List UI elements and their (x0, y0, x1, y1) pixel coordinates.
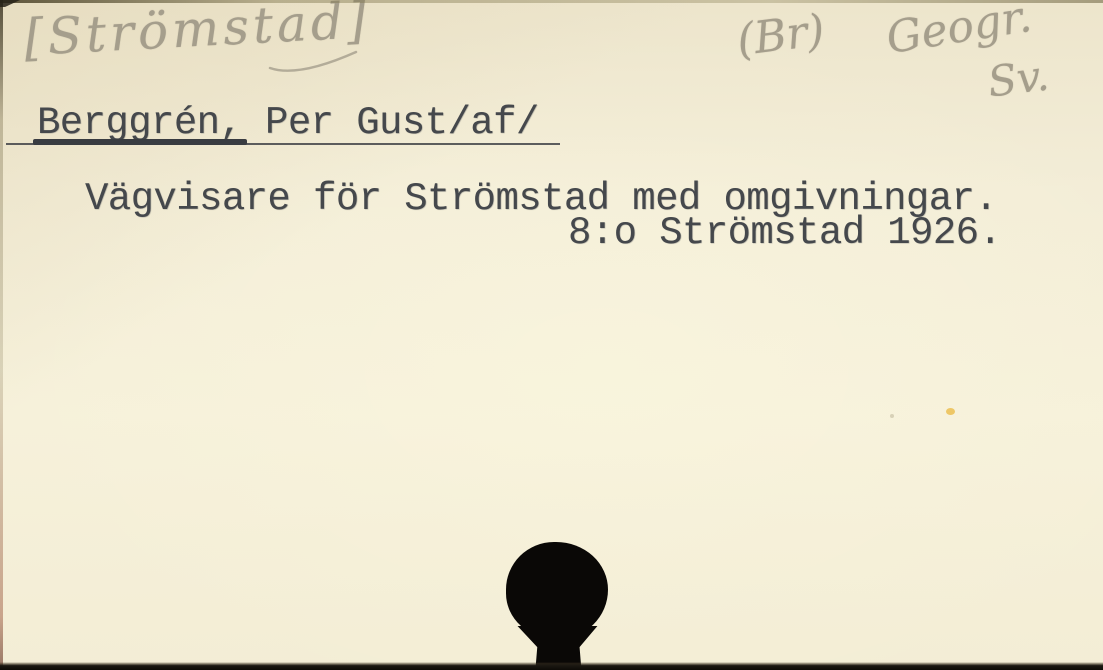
catalog-card-scan: [Strömstad] (Br) Geogr. Sv. Berggrén, Pe… (0, 0, 1103, 670)
scan-edge-bottom (0, 662, 1103, 670)
author-heading: Berggrén, Per Gust/af/ (37, 104, 539, 143)
handwritten-classification-line1: Geogr. (883, 0, 1034, 61)
author-underline-thick (33, 139, 247, 145)
scan-corner-top-left (0, 0, 20, 7)
paper-speck-faint (890, 414, 894, 418)
rod-hole-punch (506, 542, 608, 639)
paper-stain-speck (946, 408, 955, 415)
handwriting-flourish-underline (268, 48, 360, 76)
handwritten-classification-line2: Sv. (986, 54, 1052, 103)
imprint-line: 8:o Strömstad 1926. (568, 214, 1001, 253)
scan-edge-left (0, 0, 3, 670)
handwritten-shelf-mark: (Br) (735, 9, 827, 63)
scan-edge-top (0, 0, 1103, 3)
